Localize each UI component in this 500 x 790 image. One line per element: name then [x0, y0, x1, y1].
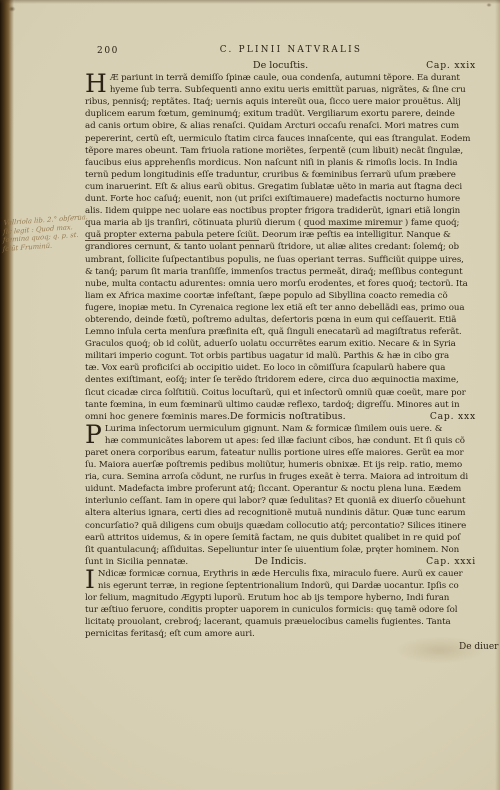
- body-line: nube, multa contactu adurentes: omnia ue…: [85, 278, 500, 290]
- body-line: alis. Iidem quippe nec uolare eas noctib…: [85, 205, 500, 217]
- body-line-underlined: qua maria ab ijs tranſiri, cõtinuata plu…: [85, 217, 500, 229]
- chapter-heading-row: omni hoc genere fœminis mares. De formic…: [85, 411, 500, 423]
- body-line: militari imperio cogunt. Tot orbis parti…: [85, 350, 500, 362]
- body-line: tæ. Vox earũ proficiſci ab occipitio uid…: [85, 362, 500, 374]
- body-line: Æ pariunt in terrã demiſſo ſpinæ caule, …: [85, 72, 500, 84]
- body-line: Lurima inſectorum uermiculum gignunt. Na…: [85, 423, 500, 435]
- body-line: grandiores cernunt, & tanto uolant penna…: [85, 241, 500, 253]
- body-line: ternũ pedum longitudinis eſſe traduntur,…: [85, 169, 500, 181]
- body-line: tante fœmina, in eum fœminarũ ultimo cau…: [85, 399, 500, 411]
- body-line: Ndicæ formicæ cornua, Erythris in æde He…: [85, 568, 500, 580]
- paragraph-de-indicis: I Ndicæ formicæ cornua, Erythris in æde …: [85, 568, 500, 641]
- body-line: dunt. Forte hoc caſuq́; euenit, non (ut …: [85, 193, 500, 205]
- body-line: ſu. Maiora auerſæ poſtremis pedibus moli…: [85, 459, 500, 471]
- chapter-heading-de-locustis: De locuſtis.: [253, 60, 308, 72]
- body-line: pepererint, certũ eſt, uermiculo ſtatim …: [85, 133, 500, 145]
- body-line: hyeme ſub terra. Subſequenti anno exitu …: [85, 84, 500, 96]
- paragraph-de-locustis: H Æ pariunt in terrã demiſſo ſpinæ caule…: [85, 72, 500, 411]
- body-line: paret onera corporibus earum, fateatur n…: [85, 447, 500, 459]
- body-line: ad canis ortum obire, & alias renaſci. Q…: [85, 120, 500, 132]
- chapter-heading-row: ſunt in Sicilia pennatæ. De Indicis. Cap…: [85, 556, 500, 568]
- line-segment: Deorum iræ peſtis ea intelligitur. Nanqu…: [259, 230, 450, 240]
- body-line: umbrant, ſollicite ſuſpectantibus populi…: [85, 254, 500, 266]
- body-line: concurſatio? quã diligens cum obuijs quæ…: [85, 520, 500, 532]
- body-line: ria, cura. Semina arroſa cõdunt, ne rurſ…: [85, 471, 500, 483]
- body-line: & tanq́; parum ſit maria tranſiſſe, imme…: [85, 266, 500, 278]
- body-line: lor felium, magnitudo Ægypti luporũ. Eru…: [85, 592, 500, 604]
- body-line: duplicem earum fœtum, geminumq́; exitum …: [85, 108, 500, 120]
- underlined-phrase: quod maxime miremur: [304, 218, 402, 229]
- body-line: tẽpore mares obeunt. Tam friuola ratione…: [85, 145, 500, 157]
- body-line: cum inaruerint. Eſt & alius earũ obitus.…: [85, 181, 500, 193]
- body-line: licitatę prouolant, crebroq́; lacerant, …: [85, 616, 500, 628]
- body-line: ſicut cicadæ circa ſolſtitiũ. Coitus loc…: [85, 387, 500, 399]
- catchword: De diuer: [459, 642, 498, 652]
- paragraph-de-formicis: P Lurima inſectorum uermiculum gignunt. …: [85, 423, 500, 556]
- body-line: faucibus eius apprehenſis mordicus. Non …: [85, 157, 500, 169]
- body-line-underlined: quã propter externa pabula petere ſciũt.…: [85, 229, 500, 241]
- body-line: ribus, pennisq́; reptãtes. Itaq́; uernis…: [85, 96, 500, 108]
- heading-left-text: omni hoc genere fœminis mares.: [85, 411, 230, 423]
- body-line: Lemno inſula certa menſura præfinita eſt…: [85, 326, 500, 338]
- drop-cap-h: H: [85, 73, 107, 95]
- handwritten-margin-note: Vallriola lib. 2.° obſerua. ſic legit : …: [3, 213, 92, 254]
- chapter-heading-row: De locuſtis. Cap. xxix: [85, 60, 500, 72]
- body-line: hæ communicãtes laborem ut apes: ſed ill…: [85, 435, 500, 447]
- body-line: uidunt. Madefacta imbre proferunt atq́; …: [85, 483, 500, 495]
- book-page-scan: 200 C. PLINII NATVRALIS De locuſtis. Cap…: [0, 0, 500, 790]
- body-line: altera alterius ignara, certi dies ad re…: [85, 507, 500, 519]
- underlined-phrase: quã propter externa pabula petere ſciũt.: [85, 230, 259, 241]
- body-line: nis egerunt terræ, in regione ſeptentrio…: [85, 580, 500, 592]
- text-column: De locuſtis. Cap. xxix H Æ pariunt in te…: [85, 60, 500, 641]
- chapter-number-xxx: Cap. xxx: [346, 411, 500, 423]
- drop-cap-i: I: [85, 569, 95, 591]
- body-line: Graculos quoq́; ob id colũt, aduerſo uol…: [85, 338, 500, 350]
- body-line: pernicitas feritasq́; eſt cum amore auri…: [85, 628, 500, 640]
- body-line: liam ex Africa maxime coortæ infeſtant, …: [85, 290, 500, 302]
- body-line: interlunio ceſſant. Iam in opere qui lab…: [85, 495, 500, 507]
- chapter-number-xxix: Cap. xxix: [308, 60, 500, 72]
- body-line: earũ attritos uidemus, & in opere ſemitã…: [85, 532, 500, 544]
- chapter-number-xxxi: Cap. xxxi: [307, 556, 500, 568]
- line-segment: ) fame quoq́;: [402, 218, 459, 228]
- chapter-heading-de-formicis: De formicis noſtratibus.: [230, 411, 346, 423]
- heading-left-text: ſunt in Sicilia pennatæ.: [85, 556, 255, 568]
- line-segment: qua maria ab ijs tranſiri, cõtinuata plu…: [85, 218, 304, 228]
- body-line: ſit quantulacunq́; aſſiduitas. Sepeliunt…: [85, 544, 500, 556]
- body-line: obterendo, deinde fœtũ, poſtremo adultas…: [85, 314, 500, 326]
- drop-cap-p: P: [85, 424, 102, 446]
- body-line: fugere, inopiæ metu. In Cyrenaica region…: [85, 302, 500, 314]
- body-line: dentes exiſtimant, eoſq́; inter ſe terẽd…: [85, 374, 500, 386]
- body-line: tur æſtiuo feruore, conditis propter uap…: [85, 604, 500, 616]
- binding-edge: [0, 0, 14, 790]
- chapter-heading-de-indicis: De Indicis.: [255, 556, 307, 568]
- running-header: C. PLINII NATVRALIS: [85, 45, 497, 55]
